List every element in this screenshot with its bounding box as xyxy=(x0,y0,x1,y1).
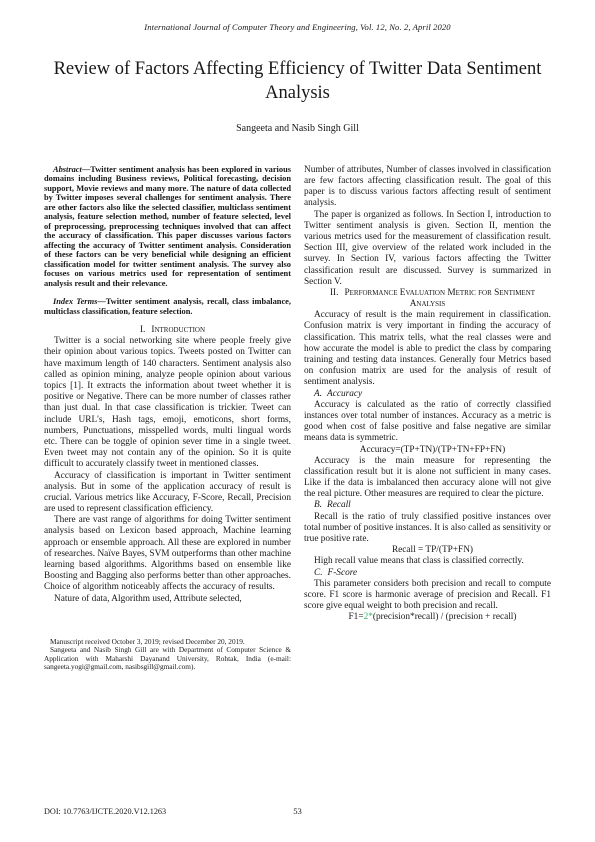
page-number: 53 xyxy=(0,806,595,816)
right-column: Number of attributes, Number of classes … xyxy=(304,165,551,672)
intro-paragraph-3: There are vast range of algorithms for d… xyxy=(44,515,291,593)
subsection-b-heading: B.Recall xyxy=(304,500,551,511)
accuracy-paragraph-2: Accuracy is the main measure for represe… xyxy=(304,456,551,501)
paper-authors: Sangeeta and Nasib Singh Gill xyxy=(0,123,595,134)
recall-paragraph-2: High recall value means that class is cl… xyxy=(304,556,551,567)
author-footnote: Manuscript received October 3, 2019; rev… xyxy=(44,638,291,672)
paper-page: International Journal of Computer Theory… xyxy=(0,0,595,842)
subsection-c-heading: C.F-Score xyxy=(304,568,551,579)
subsection-a-heading-text: Accuracy xyxy=(327,389,362,399)
paper-title: Review of Factors Affecting Efficiency o… xyxy=(52,57,543,106)
intro-paragraph-1: Twitter is a social networking site wher… xyxy=(44,336,291,470)
fscore-formula-coefficient: 2* xyxy=(364,612,373,622)
section2-paragraph-1: Accuracy of result is the main requireme… xyxy=(304,310,551,388)
two-column-body: Abstract—Twitter sentiment analysis has … xyxy=(44,165,551,672)
section1-heading-text: Introduction xyxy=(151,325,205,335)
intro-continued-paragraph-2: The paper is organized as follows. In Se… xyxy=(304,210,551,288)
intro-continued-paragraph-1: Number of attributes, Number of classes … xyxy=(304,165,551,210)
intro-paragraph-4: Nature of data, Algorithm used, Attribut… xyxy=(44,594,291,605)
footnote-affiliation-line: Sangeeta and Nasib Singh Gill are with D… xyxy=(44,646,291,672)
subsection-b-heading-text: Recall xyxy=(327,500,351,510)
section1-heading: I.Introduction xyxy=(44,325,291,336)
journal-header: International Journal of Computer Theory… xyxy=(0,22,595,32)
subsection-a-number: A. xyxy=(314,389,322,399)
abstract-paragraph: Abstract—Twitter sentiment analysis has … xyxy=(44,165,291,288)
abstract-label: Abstract xyxy=(53,165,82,174)
section2-heading-text: Performance Evaluation Metric for Sentim… xyxy=(344,288,535,309)
fscore-formula-prefix: F1= xyxy=(349,612,364,622)
fscore-formula-rest: (precision*recall) / (precision + recall… xyxy=(373,612,517,622)
recall-formula: Recall = TP/(TP+FN) xyxy=(304,545,551,556)
subsection-a-heading: A.Accuracy xyxy=(304,389,551,400)
accuracy-formula: Accuracy=(TP+TN)/(TP+TN+FP+FN) xyxy=(304,445,551,456)
section2-heading: II.Performance Evaluation Metric for Sen… xyxy=(304,288,551,310)
section1-number: I. xyxy=(140,325,145,335)
fscore-formula: F1=2*(precision*recall) / (precision + r… xyxy=(304,612,551,623)
section2-number: II. xyxy=(330,288,339,298)
subsection-c-number: C. xyxy=(314,568,323,578)
subsection-c-heading-text: F-Score xyxy=(328,568,358,578)
fscore-paragraph-1: This parameter considers both precision … xyxy=(304,579,551,613)
index-terms-label: Index Terms xyxy=(53,297,97,306)
abstract-text: —Twitter sentiment analysis has been exp… xyxy=(44,165,291,288)
index-terms-paragraph: Index Terms—Twitter sentiment analysis, … xyxy=(44,297,291,316)
subsection-b-number: B. xyxy=(314,500,322,510)
intro-paragraph-2: Accuracy of classification is important … xyxy=(44,471,291,516)
left-column: Abstract—Twitter sentiment analysis has … xyxy=(44,165,291,672)
recall-paragraph-1: Recall is the ratio of truly classified … xyxy=(304,512,551,546)
accuracy-paragraph-1: Accuracy is calculated as the ratio of c… xyxy=(304,400,551,445)
